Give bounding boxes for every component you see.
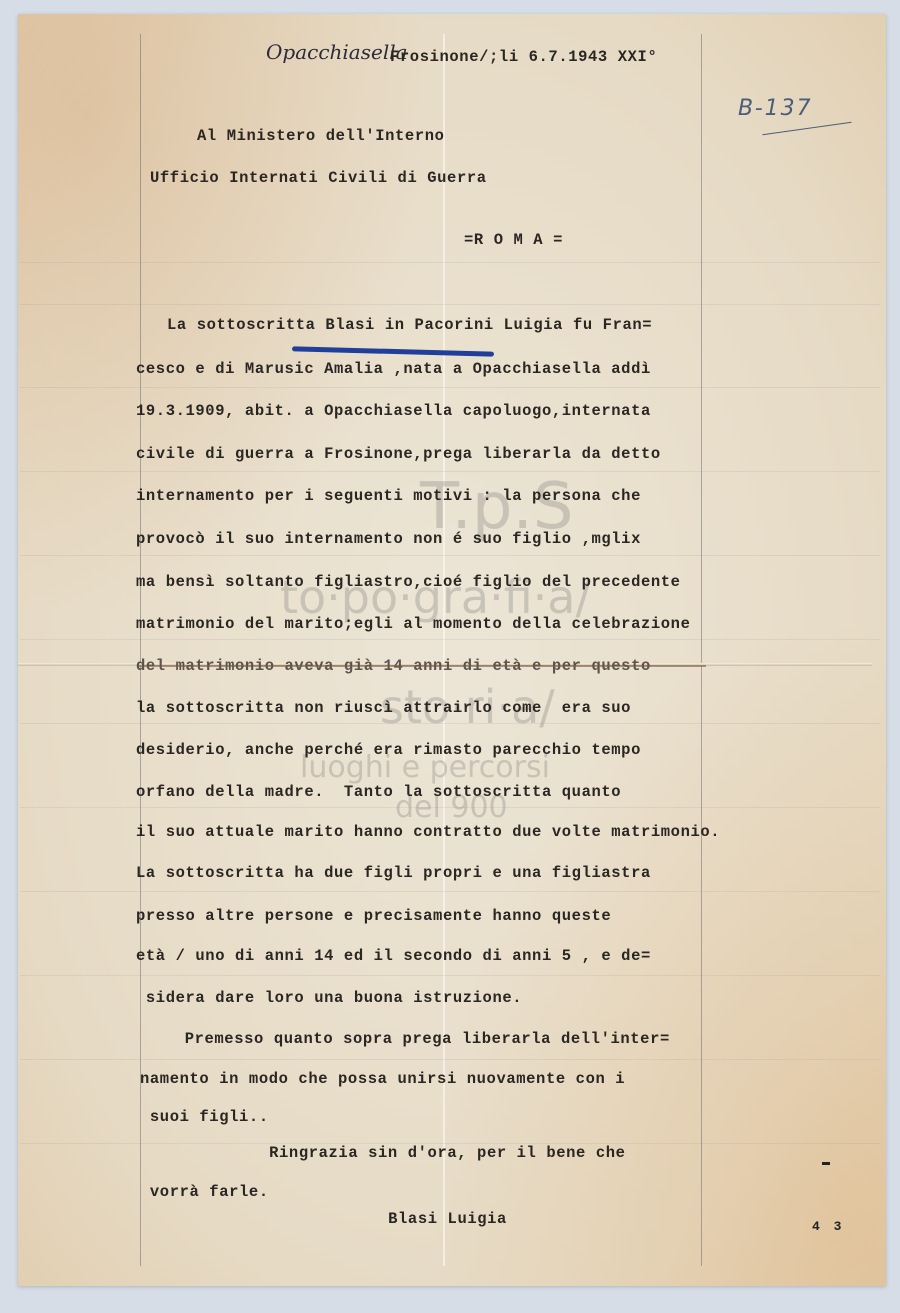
letter-paper: [18, 14, 886, 1286]
body-line: età / uno di anni 14 ed il secondo di an…: [136, 947, 651, 965]
ruled-line: [20, 639, 880, 640]
dash-mark: [822, 1162, 830, 1165]
body-line: suoi figli..: [140, 1108, 269, 1126]
page-number: 4 3: [812, 1219, 844, 1234]
ruled-line: [20, 471, 880, 472]
body-line: desiderio, anche perché era rimasto pare…: [136, 741, 641, 759]
body-line: orfano della madre. Tanto la sottoscritt…: [136, 783, 621, 801]
ruled-line: [20, 304, 880, 305]
ruled-line: [20, 387, 880, 388]
body-line: ma bensì soltanto figliastro,cioé figlio…: [136, 573, 681, 591]
body-line: provocò il suo internamento non é suo fi…: [136, 530, 641, 548]
body-line: matrimonio del marito;egli al momento de…: [136, 615, 690, 633]
ruled-line: [20, 807, 880, 808]
body-line: presso altre persone e precisamente hann…: [136, 907, 611, 925]
body-line: il suo attuale marito hanno contratto du…: [136, 823, 720, 841]
ruled-line: [20, 555, 880, 556]
body-line: Premesso quanto sopra prega liberarla de…: [155, 1030, 670, 1048]
body-line: namento in modo che possa unirsi nuovame…: [140, 1070, 625, 1088]
ruled-line: [20, 723, 880, 724]
archive-mark: B-137: [738, 96, 813, 121]
fold-stain: [138, 665, 706, 667]
body-line: civile di guerra a Frosinone,prega liber…: [136, 445, 661, 463]
signature: Blasi Luigia: [200, 1210, 507, 1228]
body-line: la sottoscritta non riuscì attrairlo com…: [136, 699, 631, 717]
body-line: cesco e di Marusic Amalia ,nata a Opacch…: [136, 360, 651, 378]
ruled-line: [20, 1059, 880, 1060]
place-date: Frosinone/;li 6.7.1943 XXI°: [390, 48, 657, 66]
closing-line: vorrà farle.: [140, 1183, 269, 1201]
ruled-line: [20, 891, 880, 892]
handwritten-place: Opacchiasella: [266, 40, 408, 64]
body-line: internamento per i seguenti motivi : la …: [136, 487, 641, 505]
ruled-line: [20, 975, 880, 976]
addressee-line: Ufficio Internati Civili di Guerra: [150, 169, 487, 187]
body-line: La sottoscritta ha due figli propri e un…: [136, 864, 651, 882]
body-line: 19.3.1909, abit. a Opacchiasella capoluo…: [136, 402, 651, 420]
ruled-line: [20, 262, 880, 263]
addressee-city: =R O M A =: [464, 231, 563, 249]
margin-rule-right: [701, 34, 702, 1266]
body-line: sidera dare loro una buona istruzione.: [136, 989, 522, 1007]
addressee-line: Al Ministero dell'Interno: [197, 127, 445, 145]
body-line: La sottoscritta Blasi in Pacorini Luigia…: [167, 316, 652, 334]
closing-line: Ringrazia sin d'ora, per il bene che: [180, 1144, 626, 1162]
